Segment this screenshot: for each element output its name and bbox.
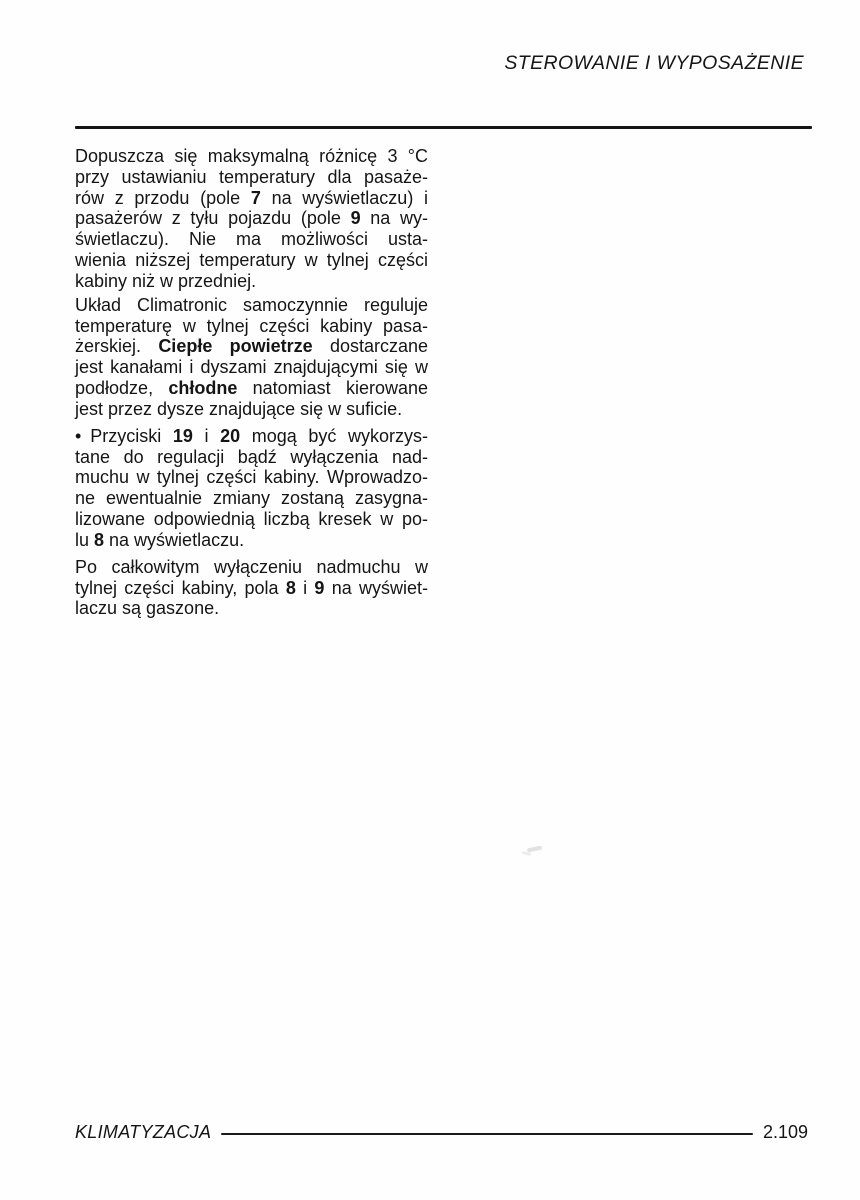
text-line: laczu są gaszone. [75, 598, 428, 619]
text-segment: wienia niższej temperatury w tylnej częś… [75, 250, 428, 270]
text-segment: na wyświet- [324, 578, 428, 598]
page-header-title: STEROWANIE I WYPOSAŻENIE [504, 52, 804, 75]
text-line: Po całkowitym wyłączeniu nadmuchu w [75, 557, 428, 578]
text-segment: natomiast kierowane [237, 378, 428, 398]
text-segment: kabiny niż w przedniej. [75, 271, 256, 291]
text-segment: rów z przodu (pole [75, 188, 251, 208]
text-segment: laczu są gaszone. [75, 598, 219, 618]
field-number: 8 [94, 530, 104, 550]
text-segment: na wyświetlaczu. [104, 530, 244, 550]
text-segment: lizowane odpowiednią liczbą kresek w po- [75, 509, 428, 529]
paragraph: Układ Climatronic samoczynnie reguluje t… [75, 295, 428, 420]
text-segment: jest kanałami i dyszami znajdującymi się… [75, 357, 428, 377]
text-line: jest przez dysze znajdujące się w sufici… [75, 399, 428, 420]
footer-rule-divider [221, 1133, 753, 1136]
paragraph: Po całkowitym wyłączeniu nadmuchu w tyln… [75, 557, 428, 619]
text-line: rów z przodu (pole 7 na wyświetlaczu) i [75, 188, 428, 209]
footer-section-label: KLIMATYZACJA [75, 1122, 211, 1143]
button-number: 19 [173, 426, 193, 446]
text-line: podłodze, chłodne natomiast kierowane [75, 378, 428, 399]
text-line: lizowane odpowiednią liczbą kresek w po- [75, 509, 428, 530]
page-footer: KLIMATYZACJA 2.109 [75, 1122, 808, 1143]
button-number: 20 [220, 426, 240, 446]
text-segment: temperaturę w tylnej części kabiny pasa- [75, 316, 428, 336]
footer-page-number: 2.109 [763, 1122, 808, 1143]
body-text-column: Dopuszcza się maksymalną różnicę 3 °C pr… [75, 146, 428, 619]
text-segment: dostarczane [313, 336, 428, 356]
text-line: Dopuszcza się maksymalną różnicę 3 °C [75, 146, 428, 167]
text-line: tylnej części kabiny, pola 8 i 9 na wyśw… [75, 578, 428, 599]
text-segment: na wyświetlaczu) i [261, 188, 428, 208]
text-line: Układ Climatronic samoczynnie reguluje [75, 295, 428, 316]
text-line: wienia niższej temperatury w tylnej częś… [75, 250, 428, 271]
text-line: ne ewentualnie zmiany zostaną zasygna- [75, 488, 428, 509]
text-line: tane do regulacji bądź wyłączenia nad- [75, 447, 428, 468]
text-line: • Przyciski 19 i 20 mogą być wykorzys- [75, 426, 428, 447]
text-line: świetlaczu). Nie ma możliwości usta- [75, 229, 428, 250]
text-segment: tylnej części kabiny, pola [75, 578, 286, 598]
text-segment: mogą być wykorzys- [240, 426, 428, 446]
field-number: 9 [351, 208, 361, 228]
text-segment: i [193, 426, 220, 446]
field-number: 7 [251, 188, 261, 208]
bullet-paragraph: • Przyciski 19 i 20 mogą być wykorzys- t… [75, 426, 428, 551]
text-line: przy ustawianiu temperatury dla pasaże- [75, 167, 428, 188]
scan-artifact [527, 845, 543, 852]
text-segment: pasażerów z tyłu pojazdu (pole [75, 208, 351, 228]
paragraph: Dopuszcza się maksymalną różnicę 3 °C pr… [75, 146, 428, 291]
text-segment: lu [75, 530, 94, 550]
bold-text-segment: Ciepłe powietrze [158, 336, 312, 356]
text-segment: muchu w tylnej części kabiny. Wprowadzo- [75, 467, 428, 487]
text-line: żerskiej. Ciepłe powietrze dostarczane [75, 336, 428, 357]
text-segment: Dopuszcza się maksymalną różnicę 3 °C [75, 146, 428, 166]
bold-text-segment: chłodne [168, 378, 237, 398]
text-segment: i [296, 578, 315, 598]
text-line: jest kanałami i dyszami znajdującymi się… [75, 357, 428, 378]
text-segment: przy ustawianiu temperatury dla pasaże- [75, 167, 428, 187]
field-number: 8 [286, 578, 296, 598]
bullet-text-segment: • Przyciski [75, 426, 173, 446]
text-segment: żerskiej. [75, 336, 158, 356]
text-segment: jest przez dysze znajdujące się w sufici… [75, 399, 402, 419]
text-line: lu 8 na wyświetlaczu. [75, 530, 428, 551]
manual-page: STEROWANIE I WYPOSAŻENIE Dopuszcza się m… [0, 0, 860, 1200]
text-line: temperaturę w tylnej części kabiny pasa- [75, 316, 428, 337]
field-number: 9 [314, 578, 324, 598]
text-line: muchu w tylnej części kabiny. Wprowadzo- [75, 467, 428, 488]
text-line: kabiny niż w przedniej. [75, 271, 428, 292]
text-segment: świetlaczu). Nie ma możliwości usta- [75, 229, 428, 249]
text-segment: na wy- [361, 208, 428, 228]
text-segment: Układ Climatronic samoczynnie reguluje [75, 295, 428, 315]
text-segment: tane do regulacji bądź wyłączenia nad- [75, 447, 428, 467]
text-segment: Po całkowitym wyłączeniu nadmuchu w [75, 557, 428, 577]
text-segment: ne ewentualnie zmiany zostaną zasygna- [75, 488, 428, 508]
header-rule-divider [75, 126, 812, 129]
text-line: pasażerów z tyłu pojazdu (pole 9 na wy- [75, 208, 428, 229]
text-segment: podłodze, [75, 378, 168, 398]
